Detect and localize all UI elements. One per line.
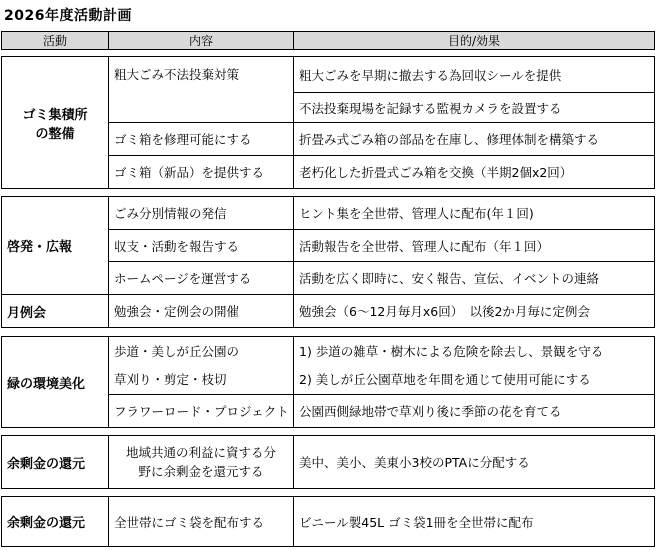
activity-label-line1: ゴミ集積所 <box>7 104 103 123</box>
purpose-cell: 折畳み式ごみ箱の部品を在庫し、修理体制を構築する <box>294 123 655 156</box>
content-cell: 地域共通の利益に資する分 野に余剰金を還元する <box>109 436 294 489</box>
activity-label-line2: の整備 <box>7 123 103 142</box>
purpose-cell: 勉強会（6～12月毎月x6回） 以後2か月毎に定例会 <box>294 295 655 328</box>
content-cell: 粗大ごみ不法投棄対策 <box>109 57 294 123</box>
group-garbage-station: ゴミ集積所 の整備 粗大ごみ不法投棄対策 粗大ごみを早期に撤去する為回収シールを… <box>1 56 655 189</box>
header-row: 活動 内容 目的/効果 <box>2 32 655 50</box>
content-line1: 歩道・美しが丘公園の <box>114 338 288 366</box>
group-surplus-2: 余剰金の還元 全世帯にゴミ袋を配布する ビニール製45L ゴミ袋1冊を全世帯に配… <box>1 496 655 547</box>
header-purpose: 目的/効果 <box>294 32 655 50</box>
content-line2: 草刈り・剪定・枝切 <box>114 366 288 394</box>
content-line2: 野に余剰金を還元する <box>114 462 288 481</box>
content-cell: ゴミ箱を修理可能にする <box>109 123 294 156</box>
purpose-cell: 1) 歩道の雑草・樹木による危険を除去し、景観を守る 2) 美しが丘公園草地を年… <box>294 337 655 395</box>
table-row: 余剰金の還元 全世帯にゴミ袋を配布する ビニール製45L ゴミ袋1冊を全世帯に配… <box>2 497 655 547</box>
table-row: 啓発・広報 ごみ分別情報の発信 ヒント集を全世帯、管理人に配布(年１回) <box>2 197 655 230</box>
content-line1: 地域共通の利益に資する分 <box>114 443 288 462</box>
purpose-cell: ヒント集を全世帯、管理人に配布(年１回) <box>294 197 655 230</box>
header-table: 活動 内容 目的/効果 <box>1 31 655 50</box>
page-title: 2026年度活動計画 <box>4 5 132 25</box>
purpose-cell: 不法投棄現場を記録する監視カメラを設置する <box>294 93 655 123</box>
content-cell: 全世帯にゴミ袋を配布する <box>109 497 294 547</box>
activity-cell: 啓発・広報 <box>2 197 109 295</box>
purpose-cell: ビニール製45L ゴミ袋1冊を全世帯に配布 <box>294 497 655 547</box>
header-content: 内容 <box>109 32 294 50</box>
activity-cell: 月例会 <box>2 295 109 328</box>
purpose-line1: 1) 歩道の雑草・樹木による危険を除去し、景観を守る <box>299 338 649 366</box>
table-row: 余剰金の還元 地域共通の利益に資する分 野に余剰金を還元する 美中、美小、美東小… <box>2 436 655 489</box>
purpose-cell: 公園西側緑地帯で草刈り後に季節の花を育てる <box>294 395 655 428</box>
activity-cell: 余剰金の還元 <box>2 436 109 489</box>
content-cell: 収支・活動を報告する <box>109 230 294 262</box>
group-awareness: 啓発・広報 ごみ分別情報の発信 ヒント集を全世帯、管理人に配布(年１回) 収支・… <box>1 196 655 328</box>
content-cell: フラワーロード・プロジェクト <box>109 395 294 428</box>
activity-cell: 余剰金の還元 <box>2 497 109 547</box>
purpose-cell: 老朽化した折畳式ごみ箱を交換（半期2個x2回） <box>294 156 655 189</box>
content-cell: ごみ分別情報の発信 <box>109 197 294 230</box>
table-row: 月例会 勉強会・定例会の開催 勉強会（6～12月毎月x6回） 以後2か月毎に定例… <box>2 295 655 328</box>
content-cell: ホームページを運営する <box>109 262 294 295</box>
purpose-cell: 活動を広く即時に、安く報告、宣伝、イベントの連絡 <box>294 262 655 295</box>
purpose-cell: 活動報告を全世帯、管理人に配布（年１回） <box>294 230 655 262</box>
group-greenery: 緑の環境美化 歩道・美しが丘公園の 草刈り・剪定・枝切 1) 歩道の雑草・樹木に… <box>1 336 655 428</box>
content-cell: 歩道・美しが丘公園の 草刈り・剪定・枝切 <box>109 337 294 395</box>
table-row: 緑の環境美化 歩道・美しが丘公園の 草刈り・剪定・枝切 1) 歩道の雑草・樹木に… <box>2 337 655 395</box>
activity-cell: 緑の環境美化 <box>2 337 109 428</box>
table-row: ゴミ集積所 の整備 粗大ごみ不法投棄対策 粗大ごみを早期に撤去する為回収シールを… <box>2 57 655 93</box>
content-cell: 勉強会・定例会の開催 <box>109 295 294 328</box>
purpose-cell: 粗大ごみを早期に撤去する為回収シールを提供 <box>294 57 655 93</box>
group-surplus-1: 余剰金の還元 地域共通の利益に資する分 野に余剰金を還元する 美中、美小、美東小… <box>1 435 655 489</box>
activity-cell: ゴミ集積所 の整備 <box>2 57 109 189</box>
content-cell: ゴミ箱（新品）を提供する <box>109 156 294 189</box>
purpose-line2: 2) 美しが丘公園草地を年間を通じて使用可能にする <box>299 366 649 394</box>
purpose-cell: 美中、美小、美東小3校のPTAに分配する <box>294 436 655 489</box>
header-activity: 活動 <box>2 32 109 50</box>
